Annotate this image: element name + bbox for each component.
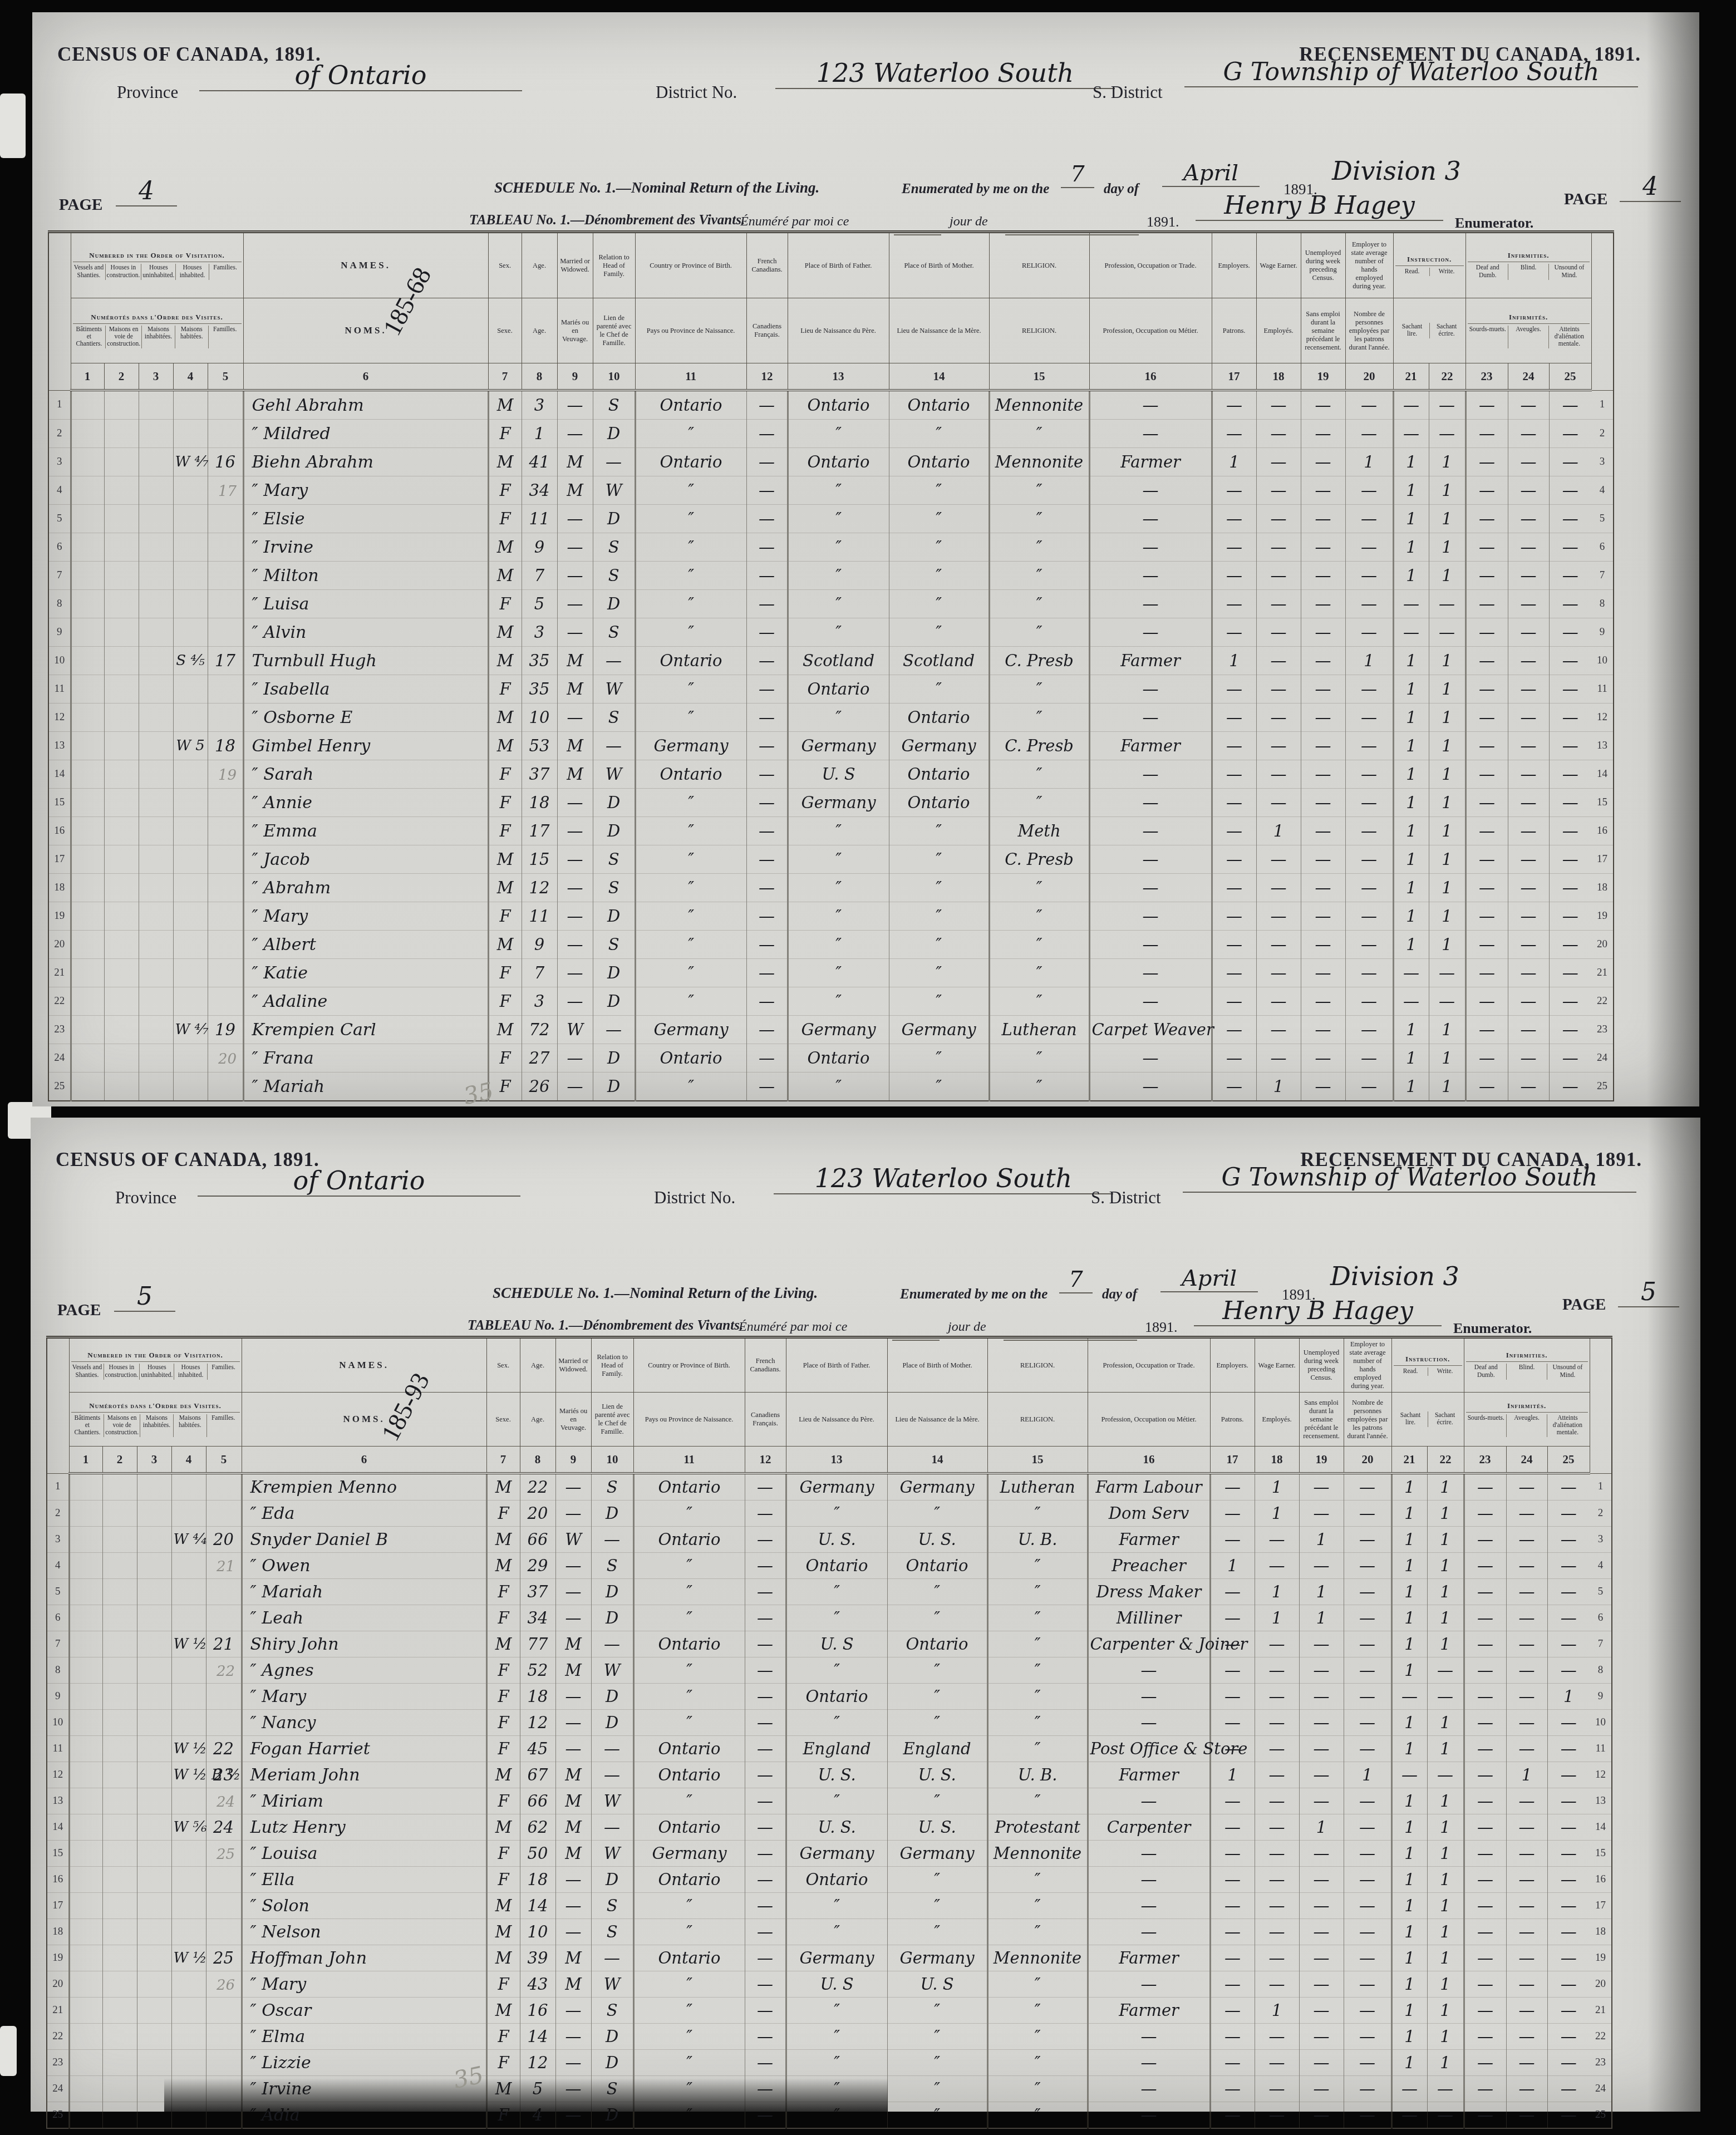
- wage-earner-mark-text: —: [1269, 1818, 1285, 1837]
- read-mark-text: —: [1401, 1765, 1418, 1784]
- write-mark: 1: [1429, 817, 1465, 845]
- mother-birthplace-value-text: Germany: [902, 1020, 976, 1039]
- name-cell-text: Krempien Carl: [252, 1020, 376, 1040]
- read-mark: 1: [1391, 1788, 1427, 1814]
- unsound-mark: —: [1547, 1762, 1590, 1788]
- name-cell: ″ Abrahm: [243, 874, 488, 902]
- construction-cell: [102, 1919, 137, 1945]
- blind-mark-text: 1: [1522, 1765, 1532, 1784]
- married-widowed-value: —: [555, 2076, 591, 2102]
- family-number: 17: [208, 647, 243, 675]
- relation-value: D: [591, 1605, 633, 1631]
- deaf-mark-text: —: [1477, 2106, 1493, 2124]
- unsound-mark-text: —: [1561, 1792, 1577, 1811]
- married-widowed-value-text: M: [567, 481, 583, 500]
- write-mark-text: 1: [1440, 1818, 1450, 1837]
- unsound-mark-text: —: [1561, 1635, 1577, 1654]
- blind-mark-text: —: [1521, 765, 1537, 784]
- blind-mark: —: [1506, 1579, 1547, 1605]
- profession-value-text: —: [1143, 538, 1159, 557]
- deaf-mark-text: —: [1479, 793, 1495, 812]
- relation-value: D: [591, 1579, 633, 1605]
- row-number-header: [1591, 232, 1614, 391]
- unemployed-mark-text: —: [1315, 509, 1331, 528]
- father-birthplace-value-text: U. S: [822, 765, 855, 784]
- read-mark-text: 1: [1404, 2027, 1414, 2046]
- age-value: 3: [522, 618, 557, 647]
- profession-value: —: [1089, 562, 1212, 590]
- blind-mark: —: [1508, 476, 1549, 505]
- name-cell-text: ″ Mary: [250, 1687, 307, 1706]
- mother-birthplace-value: Ontario: [887, 1553, 987, 1579]
- religion-value-text: U. B.: [1018, 1530, 1058, 1549]
- wage-earner-mark-text: —: [1271, 935, 1287, 954]
- married-widowed-value: M: [557, 448, 593, 476]
- census-page-5: CENSUS OF CANADA, 1891. RECENSEMENT DU C…: [31, 1118, 1700, 2112]
- uninhabited-cell: [139, 448, 173, 476]
- father-birthplace-value: ″: [788, 959, 889, 987]
- row-number: 12: [1591, 704, 1614, 732]
- construction-cell: [104, 420, 139, 448]
- read-mark: 1: [1391, 1998, 1427, 2024]
- profession-value: Farmer: [1089, 732, 1212, 760]
- profession-value: Milliner: [1088, 1605, 1210, 1631]
- write-mark-text: 1: [1440, 1556, 1450, 1575]
- deaf-mark-text: —: [1477, 1765, 1493, 1784]
- row-number-text: 20: [54, 938, 65, 950]
- religion-value: ″: [989, 789, 1089, 817]
- uninhabited-cell: [137, 1867, 171, 1893]
- construction-cell: [102, 1579, 137, 1605]
- father-birthplace-value: ″: [788, 874, 889, 902]
- vessels-cell: [69, 2102, 102, 2129]
- name-cell-text: Gimbel Henry: [252, 736, 371, 756]
- married-widowed-value-text: M: [565, 1818, 582, 1837]
- age-value-text: 3: [534, 623, 544, 642]
- read-mark: 1: [1391, 1867, 1427, 1893]
- hands-employed-mark: —: [1344, 2076, 1391, 2102]
- french-canadian-value-text: —: [757, 2053, 773, 2072]
- family-number-text: 19: [215, 1020, 235, 1039]
- mother-birthplace-value: Germany: [889, 1016, 989, 1044]
- unemployed-mark: —: [1301, 817, 1345, 845]
- blind-mark: —: [1506, 1814, 1547, 1841]
- name-cell: Meriam John: [242, 1762, 486, 1788]
- relation-value: —: [593, 647, 635, 675]
- write-mark: 1: [1429, 1073, 1465, 1101]
- religion-value: Protestant: [987, 1814, 1088, 1841]
- french-canadian-value: —: [746, 448, 788, 476]
- vessels-cell: [71, 618, 104, 647]
- mother-birthplace-value: ″: [887, 1579, 987, 1605]
- father-birthplace-value-text: ″: [834, 2079, 840, 2098]
- page-number-label: PAGE: [59, 196, 102, 214]
- relation-value-text: W: [606, 765, 622, 784]
- deaf-mark: —: [1464, 1814, 1506, 1841]
- father-birthplace-value-text: ″: [835, 935, 842, 954]
- read-mark: 1: [1391, 1501, 1427, 1527]
- uninhabited-cell: [137, 1605, 171, 1631]
- hands-employed-mark: —: [1345, 533, 1393, 562]
- row-number: 5: [1590, 1579, 1612, 1605]
- row-number-text: 8: [55, 1664, 61, 1676]
- unsound-mark: —: [1549, 476, 1591, 505]
- uninhabited-cell: [139, 704, 173, 732]
- religion-value: ″: [987, 1631, 1088, 1657]
- name-cell: Snyder Daniel B: [242, 1527, 486, 1553]
- deaf-mark: —: [1465, 732, 1508, 760]
- sex-value: M: [488, 618, 522, 647]
- employers-mark-text: —: [1224, 1530, 1241, 1549]
- name-cell: ″ Alvin: [243, 618, 488, 647]
- employers-mark: —: [1210, 1710, 1255, 1736]
- unemployed-mark-text: —: [1314, 1792, 1330, 1811]
- unemployed-mark-text: —: [1315, 651, 1331, 670]
- name-cell: ″ Mariah: [242, 1579, 486, 1605]
- religion-value: ″: [989, 1044, 1089, 1073]
- relation-value-text: D: [606, 1687, 618, 1706]
- birth-country-value: Ontario: [633, 1527, 745, 1553]
- father-birthplace-value: ″: [786, 1788, 887, 1814]
- age-value-text: 11: [529, 509, 550, 528]
- french-canadian-value: —: [745, 1945, 786, 1971]
- blind-mark-text: —: [1519, 1556, 1535, 1575]
- relation-value-text: —: [604, 1949, 620, 1967]
- age-value: 18: [520, 1867, 555, 1893]
- write-mark: 1: [1427, 1553, 1464, 1579]
- relation-value-text: D: [607, 992, 620, 1011]
- sex-value: F: [488, 505, 522, 533]
- birth-country-value-text: ″: [686, 1504, 692, 1523]
- uninhabited-cell: [139, 675, 173, 704]
- french-canadian-value-text: —: [759, 452, 775, 471]
- visitation-mark: [171, 1710, 206, 1736]
- age-value: 37: [522, 760, 557, 789]
- unsound-mark: —: [1547, 1631, 1590, 1657]
- construction-cell: [102, 1841, 137, 1867]
- married-widowed-value-text: —: [565, 2027, 582, 2046]
- age-value: 29: [520, 1553, 555, 1579]
- census-row: 7″ MiltonM7—S″—″″″—————11———7: [48, 562, 1614, 590]
- sex-header: Sex.: [488, 232, 522, 298]
- mother-birthplace-value-text: Scotland: [903, 651, 975, 670]
- religion-value-text: ″: [1036, 594, 1042, 613]
- birth-country-value-text: ″: [688, 708, 694, 727]
- hands-employed-mark-text: —: [1359, 1739, 1375, 1758]
- name-cell-text: ″ Lizzie: [250, 2053, 311, 2073]
- province-label: Province: [117, 82, 178, 102]
- deaf-mark-text: —: [1477, 1792, 1493, 1811]
- vessels-cell: [69, 1473, 102, 1501]
- unsound-mark: —: [1549, 1016, 1591, 1044]
- col3-header: Houses uninhabited.: [141, 264, 175, 279]
- visitation-mark-text: S ⁴⁄₅: [176, 652, 204, 669]
- unemployed-mark: —: [1299, 2102, 1344, 2129]
- french-canadian-value: —: [746, 476, 788, 505]
- visitation-group-header: Numbered in the Order of Visitation. Ves…: [69, 1337, 242, 1393]
- birth-country-value-text: Ontario: [658, 1478, 721, 1497]
- wage-earner-mark: 1: [1255, 1501, 1299, 1527]
- mother-birthplace-value: U. S.: [887, 1814, 987, 1841]
- married-widowed-value: —: [557, 420, 593, 448]
- deaf-mark-text: —: [1477, 1661, 1493, 1680]
- write-mark: 1: [1427, 2024, 1464, 2050]
- sex-value: F: [486, 1841, 520, 1867]
- relation-value: S: [593, 562, 635, 590]
- profession-value-text: —: [1141, 1713, 1157, 1732]
- father-birthplace-value: ″: [788, 931, 889, 959]
- row-number-text: 6: [1598, 1612, 1604, 1624]
- unemployed-mark: —: [1301, 618, 1345, 647]
- enumerator-label: Enumerator.: [1455, 215, 1533, 232]
- father-birthplace-value-text: ″: [835, 566, 842, 585]
- row-number-header: [48, 232, 71, 391]
- age-value-text: 22: [528, 1478, 548, 1497]
- birth-country-value: Ontario: [635, 1044, 746, 1073]
- hands-employed-mark-text: 1: [1362, 1765, 1372, 1784]
- employers-mark-text: —: [1224, 1949, 1241, 1967]
- married-widowed-value-text: —: [565, 1504, 582, 1523]
- employers-mark-text: —: [1224, 2106, 1241, 2124]
- unsound-mark-text: —: [1562, 481, 1578, 500]
- deaf-mark: —: [1465, 1073, 1508, 1101]
- relation-value: D: [593, 902, 635, 931]
- row-number-text: 18: [54, 882, 65, 893]
- unsound-mark-text: —: [1561, 2106, 1577, 2124]
- row-number: 17: [1590, 1893, 1612, 1919]
- census-row: 1Gehl AbrahmM3—SOntario—OntarioOntarioMe…: [48, 390, 1614, 420]
- vessels-cell: [71, 931, 104, 959]
- uninhabited-cell: [137, 1893, 171, 1919]
- french-canadian-value: —: [746, 817, 788, 845]
- enumerated-label: Enumerated by me on the: [902, 181, 1049, 197]
- write-mark: 1: [1427, 1473, 1464, 1501]
- name-cell-text: Fogan Harriet: [250, 1739, 370, 1759]
- employers-mark: —: [1212, 590, 1256, 618]
- age-value: 22: [520, 1473, 555, 1501]
- father-birthplace-value-text: ″: [835, 907, 842, 926]
- names-header: NAMES.185-93: [242, 1337, 486, 1393]
- unemployed-mark-text: —: [1314, 2079, 1330, 2098]
- birth-country-value: ″: [633, 1684, 745, 1710]
- unsound-mark: —: [1549, 590, 1591, 618]
- relation-value: D: [593, 789, 635, 817]
- wage-earner-mark: —: [1255, 1893, 1299, 1919]
- employers-mark: —: [1210, 1473, 1255, 1501]
- deaf-mark: —: [1464, 1657, 1506, 1684]
- sex-value-text: F: [500, 821, 511, 840]
- relation-value: S: [591, 1919, 633, 1945]
- french-canadian-value-text: —: [757, 1661, 773, 1680]
- relation-value-text: —: [604, 1635, 620, 1654]
- row-number: 9: [1590, 1684, 1612, 1710]
- profession-value: —: [1089, 476, 1212, 505]
- write-mark-text: 1: [1440, 2053, 1450, 2072]
- row-number: 23: [48, 1016, 71, 1044]
- write-mark-text: 1: [1440, 1792, 1450, 1811]
- profession-value: —: [1088, 2024, 1210, 2050]
- hands-employed-mark: —: [1344, 2050, 1391, 2076]
- unemployed-mark-text: —: [1314, 1504, 1330, 1523]
- unsound-mark: —: [1547, 1998, 1590, 2024]
- profession-value: —: [1089, 817, 1212, 845]
- unsound-mark-text: —: [1561, 2079, 1577, 2098]
- unsound-mark: —: [1549, 704, 1591, 732]
- married-header: Married or Widowed.: [557, 232, 593, 298]
- unemployed-mark-text: —: [1314, 2027, 1330, 2046]
- construction-cell: [102, 2050, 137, 2076]
- religion-value: ″: [987, 1684, 1088, 1710]
- relation-value: S: [593, 533, 635, 562]
- name-cell-text: ″ Sarah: [252, 765, 314, 784]
- write-mark: 1: [1429, 902, 1465, 931]
- married-widowed-value: —: [557, 959, 593, 987]
- sex-value-text: F: [498, 1975, 509, 1994]
- deaf-mark: —: [1464, 1736, 1506, 1762]
- deaf-mark: —: [1464, 1579, 1506, 1605]
- unsound-mark-text: —: [1562, 396, 1578, 415]
- write-mark-text: 1: [1442, 481, 1452, 500]
- relation-value-text: W: [606, 481, 622, 500]
- age-value: 3: [522, 390, 557, 420]
- unsound-mark: —: [1547, 1710, 1590, 1736]
- uninhabited-cell: [137, 1762, 171, 1788]
- father-birthplace-value-text: ″: [835, 509, 842, 528]
- employers-mark: 1: [1210, 1553, 1255, 1579]
- sex-value-text: M: [497, 623, 514, 642]
- unemployed-mark-text: —: [1314, 1661, 1330, 1680]
- write-mark: —: [1427, 2076, 1464, 2102]
- religion-value: ″: [989, 874, 1089, 902]
- family-number: [206, 1473, 242, 1501]
- married-widowed-value: M: [557, 647, 593, 675]
- family-number: [208, 420, 243, 448]
- read-mark: 1: [1391, 1971, 1427, 1998]
- name-cell-text: ″ Agnes: [250, 1661, 314, 1680]
- religion-value-text: ″: [1035, 1975, 1041, 1994]
- french-canadian-value-text: —: [757, 1922, 773, 1941]
- religion-value-text: Mennonite: [994, 1844, 1081, 1863]
- age-value: 1: [522, 420, 557, 448]
- unemployed-mark: —: [1301, 390, 1345, 420]
- row-number: 16: [1591, 817, 1614, 845]
- write-mark: —: [1427, 1762, 1464, 1788]
- age-value-text: 72: [529, 1020, 550, 1039]
- profession-value-text: Farmer: [1119, 2001, 1179, 2020]
- construction-cell: [104, 874, 139, 902]
- name-cell-text: ″ Mildred: [252, 424, 331, 444]
- read-mark-text: 1: [1404, 2001, 1414, 2020]
- read-mark-text: 1: [1406, 708, 1416, 727]
- french-canadian-value-text: —: [759, 1049, 775, 1067]
- uninhabited-cell: [139, 760, 173, 789]
- father-birthplace-value: ″: [786, 1919, 887, 1945]
- mother-birthplace-value: Germany: [887, 1945, 987, 1971]
- row-number-text: 7: [57, 569, 62, 581]
- blind-mark-text: —: [1519, 1530, 1535, 1549]
- unemployed-header: Unemployed during week preceding Census.: [1301, 232, 1345, 298]
- profession-value-text: —: [1143, 793, 1159, 812]
- visitation-mark: [173, 533, 208, 562]
- relation-value-text: S: [608, 935, 619, 954]
- sex-value-text: M: [497, 651, 514, 670]
- blind-mark-text: —: [1521, 1049, 1537, 1067]
- vessels-cell: [69, 1788, 102, 1814]
- wage-earner-mark-text: —: [1269, 2106, 1285, 2124]
- profession-value: —: [1089, 533, 1212, 562]
- employers-mark-text: —: [1226, 935, 1242, 954]
- employers-mark: —: [1212, 505, 1256, 533]
- deaf-mark-text: —: [1479, 963, 1495, 982]
- mother-birthplace-value: ″: [889, 902, 989, 931]
- birth-country-value-text: ″: [686, 1582, 692, 1601]
- write-mark: 1: [1429, 845, 1465, 874]
- father-birthplace-value-text: ″: [835, 481, 842, 500]
- employers-mark-text: —: [1224, 1661, 1241, 1680]
- unemployed-mark-text: —: [1315, 538, 1331, 557]
- row-number-text: 7: [1600, 569, 1605, 581]
- unsound-mark-text: —: [1561, 1765, 1577, 1784]
- day-of-label: day of: [1104, 181, 1139, 197]
- french-canadian-value: —: [746, 902, 788, 931]
- deaf-mark: —: [1464, 1684, 1506, 1710]
- employers-mark-text: —: [1226, 509, 1242, 528]
- unemployed-mark-text: —: [1315, 424, 1331, 443]
- vessels-cell: [69, 1553, 102, 1579]
- blind-mark-text: —: [1521, 623, 1537, 642]
- hands-employed-mark-text: —: [1361, 793, 1377, 812]
- mother-birthplace-value: Ontario: [889, 448, 989, 476]
- uninhabited-cell: [139, 505, 173, 533]
- age-value-text: 7: [534, 566, 544, 585]
- visitation-mark: [173, 476, 208, 505]
- employers-mark-text: —: [1224, 1922, 1241, 1941]
- relation-value: D: [591, 1867, 633, 1893]
- blind-mark: —: [1506, 1657, 1547, 1684]
- blind-mark-text: —: [1521, 1020, 1537, 1039]
- unsound-mark-text: —: [1562, 963, 1578, 982]
- french-canadian-value-text: —: [759, 481, 775, 500]
- read-mark-text: 1: [1404, 1478, 1414, 1497]
- mother-birthplace-value: Ontario: [887, 1631, 987, 1657]
- construction-cell: [102, 1631, 137, 1657]
- family-number: 22: [206, 1657, 242, 1684]
- mother-birthplace-value-text: U. S.: [918, 1530, 956, 1549]
- wage-earner-header: Wage Earner.: [1256, 232, 1301, 298]
- relation-value-text: D: [606, 2053, 618, 2072]
- birth-country-value: ″: [635, 505, 746, 533]
- relation-value: —: [591, 1631, 633, 1657]
- hands-employed-mark: —: [1345, 1073, 1393, 1101]
- family-number-text: 18: [215, 736, 235, 755]
- employers-mark-text: —: [1224, 1478, 1241, 1497]
- french-canadian-value-text: —: [759, 651, 775, 670]
- religion-value: ″: [989, 562, 1089, 590]
- visitation-mark: [171, 1473, 206, 1501]
- blind-mark: —: [1508, 987, 1549, 1016]
- uninhabited-cell: [139, 476, 173, 505]
- profession-value: —: [1089, 845, 1212, 874]
- read-mark: 1: [1391, 1657, 1427, 1684]
- unemployed-mark-text: —: [1314, 1896, 1330, 1915]
- relation-value: D: [591, 1501, 633, 1527]
- read-mark-text: 1: [1406, 765, 1416, 784]
- family-number: [206, 1867, 242, 1893]
- hands-employed-mark-text: —: [1359, 1556, 1375, 1575]
- wage-earner-mark: —: [1256, 505, 1301, 533]
- name-cell: ″ Mary: [243, 902, 488, 931]
- name-cell-text: ″ Emma: [252, 821, 317, 841]
